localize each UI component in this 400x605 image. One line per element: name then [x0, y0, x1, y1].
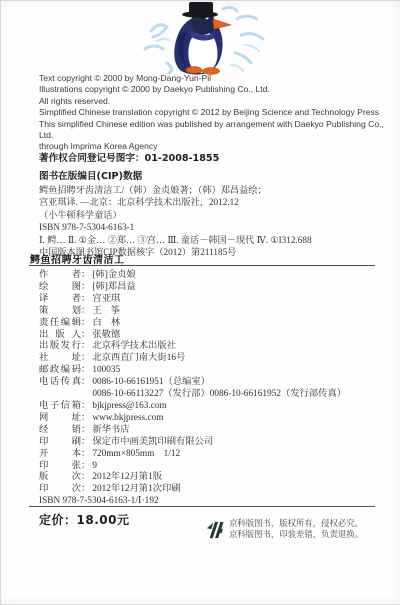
detail-value: 0086-10-66161951（总编室）: [92, 377, 210, 387]
penguin-icon: [137, 1, 271, 75]
detail-value: 张敬德: [92, 330, 120, 340]
cip-lines: 鳄鱼招聘牙齿清洁工/（韩）金贞娘著；（韩）郑昌益绘；宫亚琪译. —北京：北京科学…: [39, 184, 389, 258]
copyright-line: Simplified Chinese translation copyright…: [39, 107, 389, 118]
detail-label: 绘图: [39, 282, 81, 294]
detail-row: 责任编辑：白 林: [39, 318, 385, 330]
book-colophon-page: Text copyright © 2000 by Mong-Dang-Yun-P…: [0, 0, 400, 605]
detail-value: 100035: [92, 365, 120, 375]
press-logo-icon: [206, 520, 224, 540]
detail-value: 720mm×805mm 1/12: [92, 449, 180, 459]
detail-label: 印刷: [39, 437, 81, 449]
detail-row: 译者：宫亚琪: [39, 294, 385, 306]
notice-line: 京科版图书，印装差错，负责退换。: [229, 529, 363, 540]
detail-value: [韩]金贞娘: [92, 270, 135, 280]
detail-label: 电话传真: [39, 377, 81, 389]
detail-row: 社址：北京西直门南大街16号: [39, 353, 385, 365]
registration-line: 著作权合同登记号图字：01-2008-1855: [39, 150, 219, 164]
detail-label: 译者: [39, 294, 81, 306]
copyright-line: All rights reserved.: [39, 96, 389, 107]
detail-row: 印刷：保定市中画美凯印刷有限公司: [39, 437, 385, 449]
detail-value: 北京科学技术出版社: [92, 341, 176, 351]
detail-value: 白 林: [92, 318, 120, 328]
detail-colon: ：: [81, 294, 90, 306]
detail-colon: ：: [81, 306, 90, 318]
detail-value: 9: [92, 461, 97, 471]
detail-row: ：0086-10-66113227（发行部）0086-10-66161952（发…: [39, 389, 385, 401]
notice-line: 京科版图书，版权所有，侵权必究。: [229, 518, 363, 529]
detail-colon: ：: [81, 282, 90, 294]
copyright-block: Text copyright © 2000 by Mong-Dang-Yun-P…: [39, 73, 389, 153]
detail-colon: ：: [81, 353, 90, 365]
detail-row: 印次：2012年12月第1次印刷: [39, 484, 385, 496]
detail-colon: ：: [81, 449, 90, 461]
detail-value: ISBN 978-7-5304-6163-1/Ⅰ·192: [39, 496, 159, 506]
detail-value: [韩]郑昌益: [92, 282, 135, 292]
detail-value: www.bkjpress.com: [92, 413, 163, 423]
price-line: 定价：18.00元: [39, 511, 129, 528]
detail-colon: ：: [81, 318, 90, 330]
detail-label: 社址: [39, 353, 81, 365]
detail-label: 网址: [39, 413, 81, 425]
cip-line: 宫亚琪译. —北京：北京科学技术出版社，2012.12: [39, 196, 389, 208]
detail-colon: ：: [81, 484, 90, 496]
detail-colon: ：: [81, 377, 90, 389]
cip-block: 图书在版编目(CIP)数据 鳄鱼招聘牙齿清洁工/（韩）金贞娘著；（韩）郑昌益绘；…: [39, 168, 389, 258]
copyright-line: This simplified Chinese edition was publ…: [39, 119, 389, 142]
detail-value: 2012年12月第1版: [92, 472, 162, 482]
detail-row: 印张：9: [39, 461, 385, 473]
detail-value: 0086-10-66113227（发行部）0086-10-66161952（发行…: [92, 389, 346, 399]
detail-value: 宫亚琪: [92, 294, 120, 304]
detail-row: 作者：[韩]金贞娘: [39, 270, 385, 282]
detail-row: 出版发行：北京科学技术出版社: [39, 341, 385, 353]
cip-line: ISBN 978-7-5304-6163-1: [39, 221, 389, 233]
detail-label: 经销: [39, 425, 81, 437]
detail-row: 绘图：[韩]郑昌益: [39, 282, 385, 294]
publication-details: 作者：[韩]金贞娘绘图：[韩]郑昌益译者：宫亚琪策划：王 筝责任编辑：白 林出版…: [39, 270, 385, 508]
penguin-illustration: [137, 1, 271, 75]
copyright-line: Illustrations copyright © 2000 by Daekyo…: [39, 84, 389, 95]
footer-notices: 京科版图书，版权所有，侵权必究。京科版图书，印装差错，负责退换。: [206, 518, 363, 540]
detail-value: 2012年12月第1次印刷: [92, 484, 180, 494]
price-divider: [29, 506, 375, 507]
detail-colon: ：: [81, 401, 90, 413]
detail-label: 作者: [39, 270, 81, 282]
cip-heading: 图书在版编目(CIP)数据: [39, 168, 389, 182]
detail-label: 出版发行: [39, 341, 81, 353]
detail-value: 北京西直门南大街16号: [92, 353, 185, 363]
detail-colon: ：: [81, 472, 90, 484]
detail-value: 新华书店: [92, 425, 129, 435]
detail-row: 网址：www.bkjpress.com: [39, 413, 385, 425]
detail-label: 印张: [39, 461, 81, 473]
detail-value: 保定市中画美凯印刷有限公司: [92, 437, 213, 447]
detail-label: 开本: [39, 449, 81, 461]
book-title: 鳄鱼招聘牙齿清洁工: [30, 251, 125, 266]
detail-row: 邮政编码：100035: [39, 365, 385, 377]
detail-colon: ：: [81, 365, 90, 377]
detail-label: 邮政编码: [39, 365, 81, 377]
detail-label: 策划: [39, 306, 81, 318]
title-divider: [29, 265, 375, 266]
detail-colon: ：: [81, 437, 90, 449]
detail-row: 版次：2012年12月第1版: [39, 472, 385, 484]
detail-colon: ：: [81, 461, 90, 473]
detail-colon: ：: [81, 413, 90, 425]
cip-line: 鳄鱼招聘牙齿清洁工/（韩）金贞娘著；（韩）郑昌益绘；: [39, 184, 389, 196]
detail-row: 电子信箱：bjkjpress@163.com: [39, 401, 385, 413]
detail-colon: ：: [81, 425, 90, 437]
detail-row: 策划：王 筝: [39, 306, 385, 318]
detail-value: bjkjpress@163.com: [92, 401, 166, 411]
detail-label: 责任编辑: [39, 318, 81, 330]
detail-colon: ：: [81, 330, 90, 342]
copyright-line: Text copyright © 2000 by Mong-Dang-Yun-P…: [39, 73, 389, 84]
detail-row: 出版人：张敬德: [39, 330, 385, 342]
detail-label: 电子信箱: [39, 401, 81, 413]
detail-row: 开本：720mm×805mm 1/12: [39, 449, 385, 461]
detail-label: 出版人: [39, 330, 81, 342]
cip-line: Ⅰ. 鳄… Ⅱ. ①金… ②郑… ③宫… Ⅲ. 童话－韩国－现代 Ⅳ. ①I31…: [39, 234, 389, 246]
detail-label: 印次: [39, 484, 81, 496]
detail-label: 版次: [39, 472, 81, 484]
cip-line: （小牛顿科学童话）: [39, 209, 389, 221]
detail-value: 王 筝: [92, 306, 120, 316]
detail-row: 经销：新华书店: [39, 425, 385, 437]
detail-colon: ：: [81, 270, 90, 282]
detail-row: 电话传真：0086-10-66161951（总编室）: [39, 377, 385, 389]
detail-colon: ：: [81, 341, 90, 353]
notice-lines: 京科版图书，版权所有，侵权必究。京科版图书，印装差错，负责退换。: [229, 518, 363, 540]
